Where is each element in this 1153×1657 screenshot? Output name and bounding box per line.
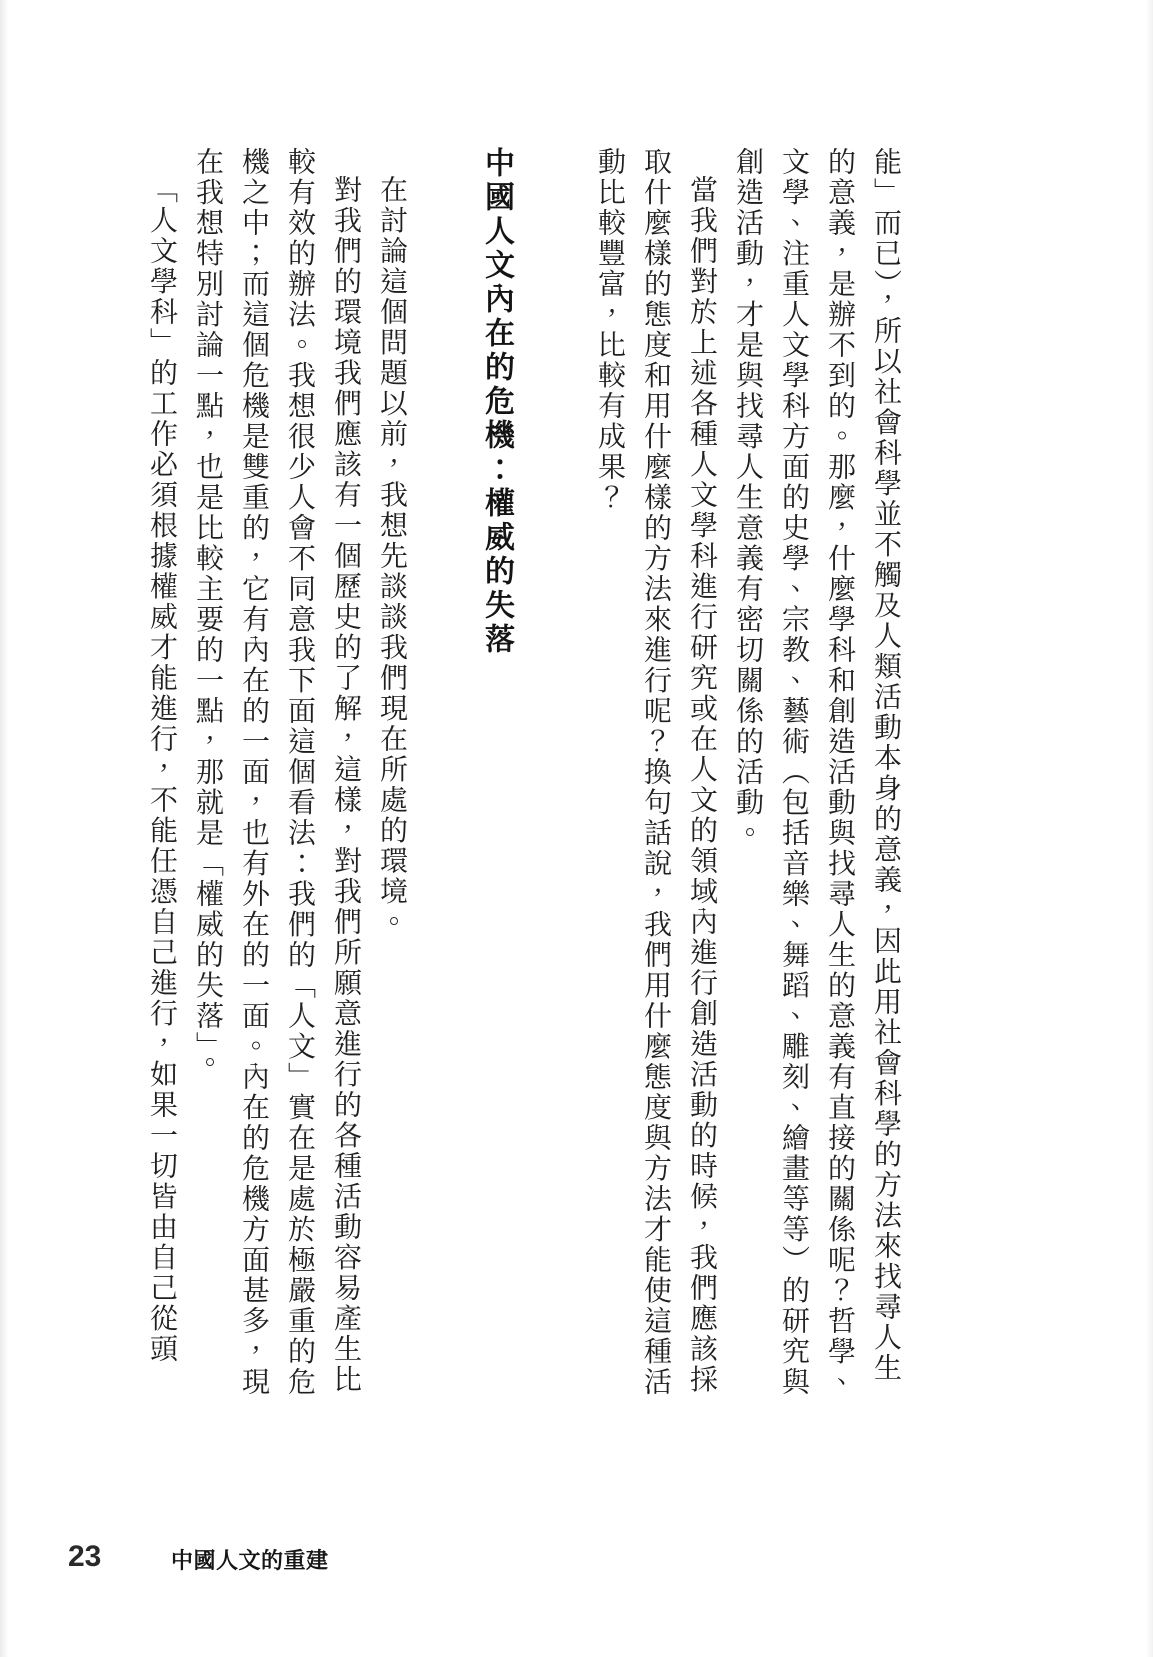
section-heading: 中國人文內在的危機：權威的失落: [474, 147, 518, 1403]
running-title: 中國人文的重建: [171, 1544, 329, 1575]
paragraph-authority: 「人文學科」的工作必須根據權威才能進行，不能任憑自己進行，如果一切皆由自己從頭: [138, 147, 184, 1403]
paragraph-continuation: 能」而已），所以社會科學並不觸及人類活動本身的意義，因此用社會科學的方法來找尋人…: [724, 147, 908, 1403]
page-number: 23: [68, 1540, 101, 1574]
paragraph-intro: 在討論這個問題以前，我想先談談我們現在所處的環境。: [368, 147, 414, 1403]
paragraph-crisis: 對我們的環境我們應該有一個歷史的了解，這樣，對我們所願意進行的各種活動容易產生比…: [184, 147, 368, 1403]
paragraph-question: 當我們對於上述各種人文學科進行研究或在人文的領域內進行創造活動的時候，我們應該採…: [586, 147, 724, 1403]
scan-edge-right: [1146, 0, 1153, 1657]
book-page: 能」而已），所以社會科學並不觸及人類活動本身的意義，因此用社會科學的方法來找尋人…: [0, 0, 1153, 1657]
scan-edge-left: [0, 0, 9, 1657]
vertical-text-block: 能」而已），所以社會科學並不觸及人類活動本身的意義，因此用社會科學的方法來找尋人…: [138, 147, 908, 1403]
